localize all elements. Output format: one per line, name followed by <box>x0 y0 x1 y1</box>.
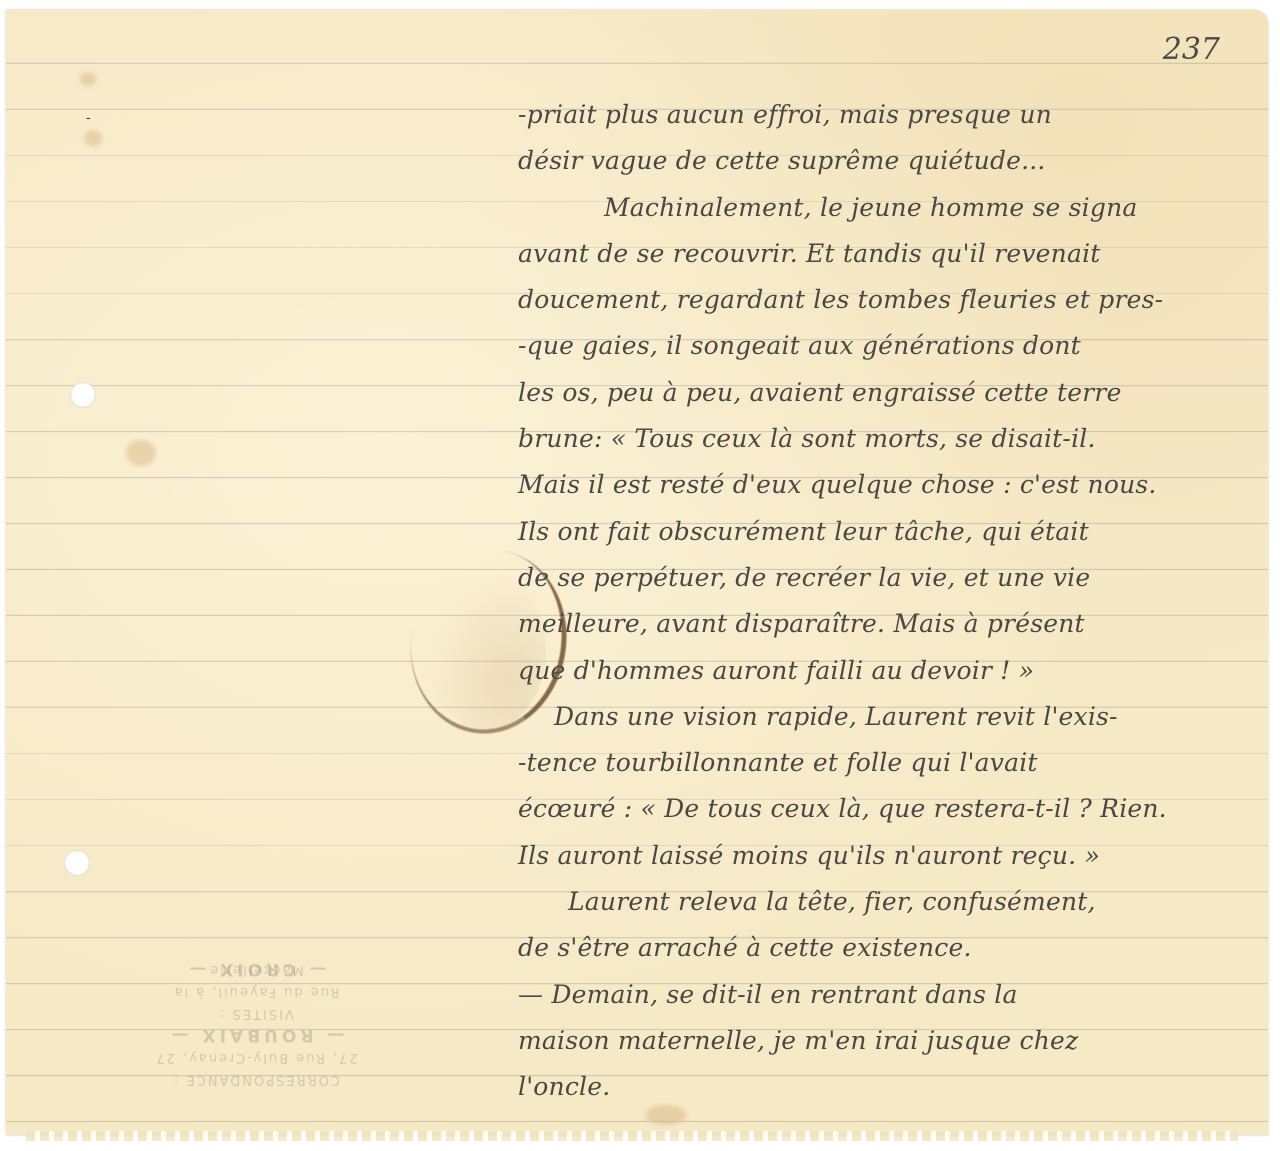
text-line: -tence tourbillonnante et folle qui l'av… <box>518 740 1278 786</box>
text-line: brune: « Tous ceux là sont morts, se dis… <box>518 416 1278 462</box>
text-line: Mais il est resté d'eux quelque chose : … <box>518 462 1278 508</box>
foxing-spot <box>80 72 96 86</box>
text-line: avant de se recouvrir. Et tandis qu'il r… <box>518 231 1278 277</box>
letterhead-line: Rue du Fayeuil, à la Mackellerie <box>126 980 386 1002</box>
text-line: — Demain, se dit-il en rentrant dans la <box>518 972 1278 1018</box>
text-line: de s'être arraché à cette existence. <box>518 925 1278 971</box>
punch-hole <box>64 850 90 876</box>
torn-bottom-edge <box>26 1131 1238 1141</box>
letterhead-line: 27, Rue Buly-Crenay, 27 <box>126 1046 386 1068</box>
foxing-spot <box>84 130 102 146</box>
letterhead-line: VISITES : <box>126 1002 386 1024</box>
text-line: Laurent releva la tête, fier, confusémen… <box>518 879 1278 925</box>
page-number: 237 <box>1163 32 1220 67</box>
text-line: meilleure, avant disparaître. Mais à pré… <box>518 601 1278 647</box>
text-line: Machinalement, le jeune homme se signa <box>518 185 1278 231</box>
text-line: que d'hommes auront failli au devoir ! » <box>518 648 1278 694</box>
text-line: les os, peu à peu, avaient engraissé cet… <box>518 370 1278 416</box>
text-line: Dans une vision rapide, Laurent revit l'… <box>518 694 1278 740</box>
text-line: désir vague de cette suprême quiétude... <box>518 138 1278 184</box>
letterhead-line: — CROIX — <box>126 958 386 980</box>
text-line: -priait plus aucun effroi, mais presque … <box>518 92 1278 138</box>
margin-mark: - <box>86 110 91 126</box>
text-line: l'oncle. <box>518 1064 1278 1110</box>
text-line: écœuré : « De tous ceux là, que restera-… <box>518 786 1278 832</box>
handwritten-text: -priait plus aucun effroi, mais presque … <box>518 92 1278 1111</box>
text-line: Ils ont fait obscurément leur tâche, qui… <box>518 509 1278 555</box>
manuscript-page: - 237 -priait plus aucun effroi, mais pr… <box>6 10 1268 1135</box>
show-through-letterhead: CORRESPONDANCE : 27, Rue Buly-Crenay, 27… <box>126 958 386 1090</box>
text-line: -que gaies, il songeait aux générations … <box>518 323 1278 369</box>
letterhead-line: CORRESPONDANCE : <box>126 1068 386 1090</box>
letterhead-line: — ROUBAIX — <box>126 1024 386 1046</box>
text-line: Ils auront laissé moins qu'ils n'auront … <box>518 833 1278 879</box>
text-line: de se perpétuer, de recréer la vie, et u… <box>518 555 1278 601</box>
punch-hole <box>70 382 96 408</box>
foxing-spot <box>126 440 156 466</box>
text-line: doucement, regardant les tombes fleuries… <box>518 277 1278 323</box>
text-line: maison maternelle, je m'en irai jusque c… <box>518 1018 1278 1064</box>
